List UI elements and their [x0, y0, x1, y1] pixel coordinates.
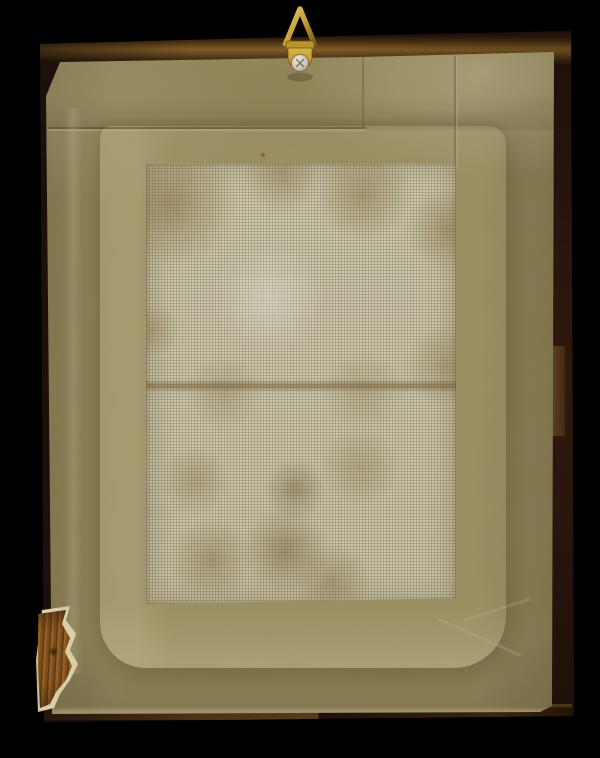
framed-painting-back-photo	[0, 0, 600, 758]
hanger-shadow	[287, 73, 313, 82]
backing-vertical-seam	[362, 57, 364, 128]
hanging-hardware	[270, 2, 330, 86]
red-paint-speck	[261, 153, 265, 157]
canvas-grain-texture	[146, 163, 456, 604]
backing-horizontal-seam	[48, 127, 366, 129]
triangle-ring-icon	[286, 9, 315, 44]
backing-right-crease	[454, 56, 456, 168]
frame-wood-right-highlight	[551, 346, 565, 436]
backing-left-light-band	[64, 108, 82, 674]
